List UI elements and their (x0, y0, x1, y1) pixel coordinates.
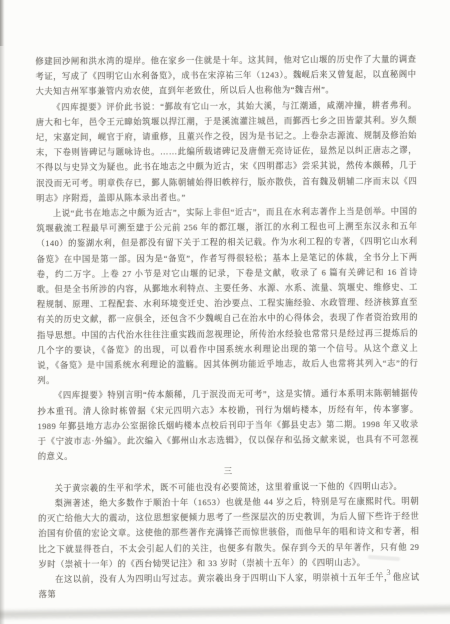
scan-left-edge-shadow-top (0, 0, 4, 46)
body-paragraph: 《四库提要》评价此书说：“鄞故有它山一水，其始大溪，与江潮通，咸潮冲撞，耕者弗利… (36, 97, 418, 206)
body-paragraph: 修建回沙闸和洪水湾的堤岸。他在家乡一住就是十年。这其间，他对它山堰的历史作了大量… (35, 52, 416, 100)
body-paragraph: 上说“此书在地志之中颇为近古”，实际上非但“近古”，而且在水利志著作上当是创举。… (36, 204, 418, 389)
body-paragraph: 《四库提要》特别言明“传本颇稀，几于泯没而无可考”，这是实情。通行本系明末陈朝辅… (37, 386, 418, 464)
body-paragraph: 梨洲著述，绝大多数作于顺治十年（1653）也就是他 44 岁之后，特别是写在康熙… (38, 494, 419, 572)
page-text-block: 修建回沙闸和洪水湾的堤岸。他在家乡一住就是十年。这其间，他对它山堰的历史作了大量… (35, 52, 419, 603)
scan-bottom-edge-shadow (0, 603, 450, 621)
scanned-book-page: { "document": { "paragraphs": [ "修建回沙闸和洪… (0, 0, 450, 624)
scan-left-edge-shadow (0, 0, 5, 624)
page-number: - 3 - (352, 567, 426, 577)
